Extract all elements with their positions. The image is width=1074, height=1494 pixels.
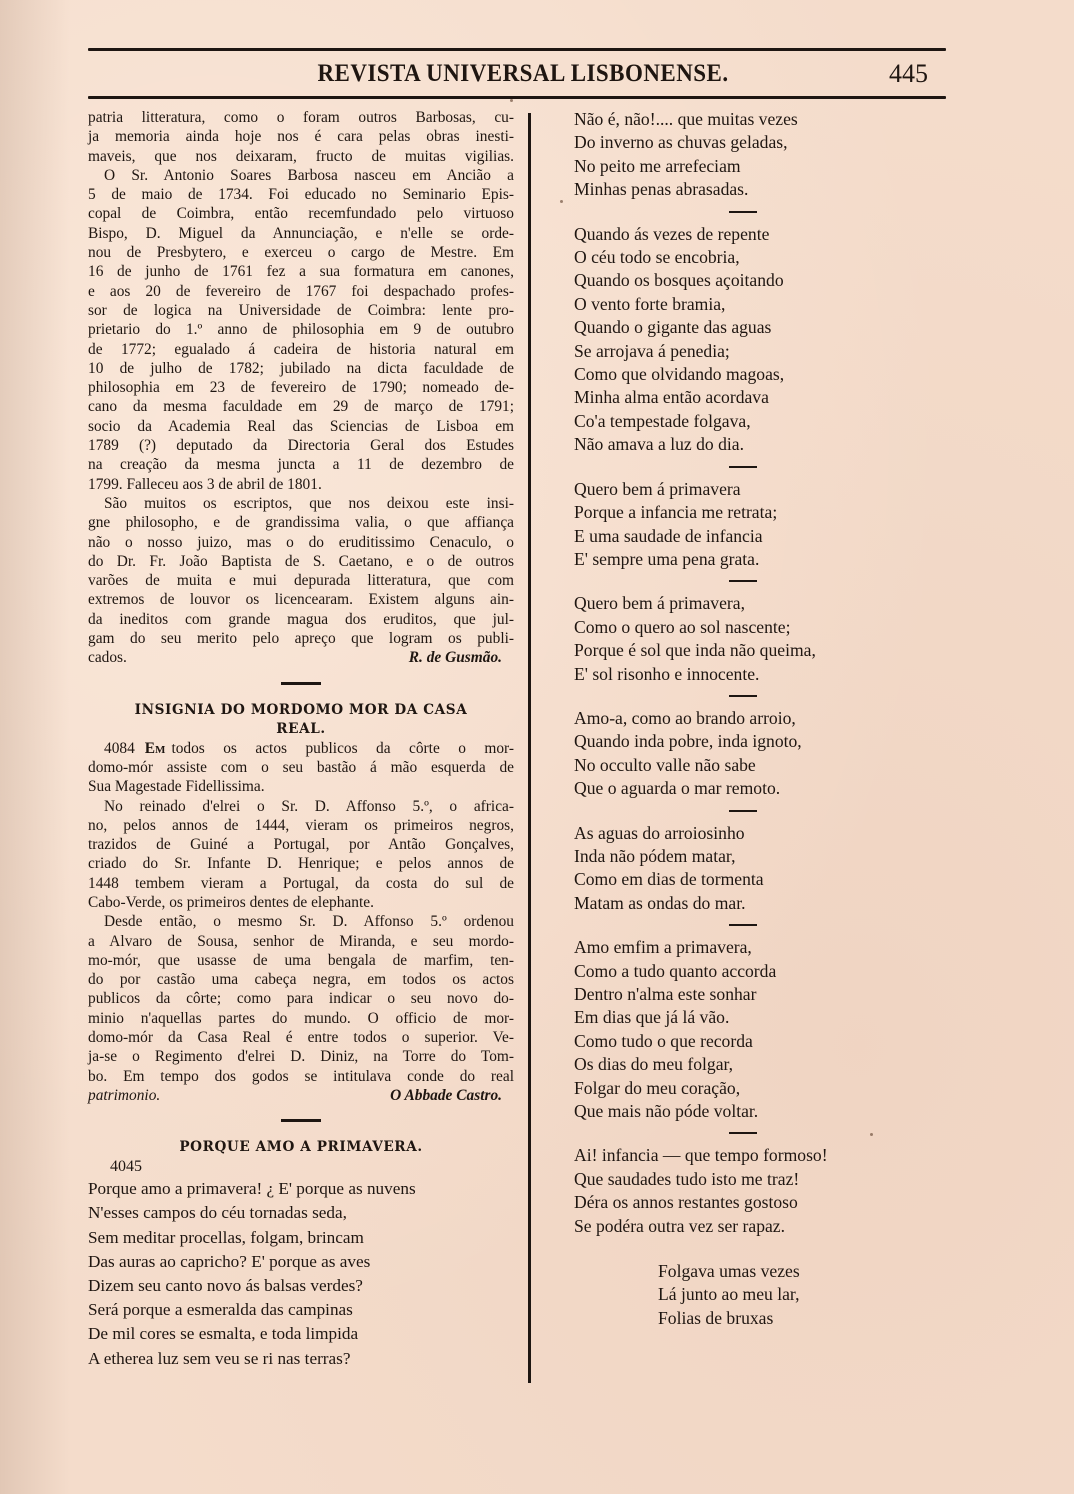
verse-line: Minha alma então acordava xyxy=(574,386,934,409)
verse-line: Ai! infancia — que tempo formoso! xyxy=(574,1144,934,1167)
article-paragraph: patria litteratura, como o foram outros … xyxy=(88,108,514,166)
text-line: prietario do 1.º anno de philosophia em … xyxy=(88,320,514,339)
verse-line: Lá junto ao meu lar, xyxy=(658,1283,934,1306)
verse-line: Se arrojava á penedia; xyxy=(574,340,934,363)
stanza: Quero bem á primavera,Como o quero ao so… xyxy=(574,592,934,686)
text-line: extremos de louvor os licencearam. Exist… xyxy=(88,590,514,609)
signature-row: cados. R. de Gusmão. xyxy=(88,648,514,667)
stanza-divider xyxy=(729,211,757,213)
stanza-divider xyxy=(729,924,757,926)
text-line: No reinado d'elrei o Sr. D. Affonso 5.º,… xyxy=(88,797,514,816)
text-line: 1799. Falleceu aos 3 de abril de 1801. xyxy=(88,475,514,494)
paper-speck xyxy=(510,99,513,102)
signature-row: patrimonio. O Abbade Castro. xyxy=(88,1086,514,1105)
verse-line: Não é, não!.... que muitas vezes xyxy=(574,108,934,131)
verse-line: No occulto valle não sabe xyxy=(574,754,934,777)
verse-line: Amo-a, como ao brando arroio, xyxy=(574,707,934,730)
article-paragraph: O Sr. Antonio Soares Barbosa nasceu em A… xyxy=(88,166,514,494)
article-title-line: INSIGNIA DO MORDOMO MOR DA CASA xyxy=(88,701,514,720)
verse-line: Quando ás vezes de repente xyxy=(574,223,934,246)
stanza-divider xyxy=(729,810,757,812)
verse-line: Sem meditar procellas, folgam, brincam xyxy=(88,1226,514,1250)
verse-line: Folgava umas vezes xyxy=(658,1260,934,1283)
text-line: ja-se o Regimento d'elrei D. Diniz, na T… xyxy=(88,1047,514,1066)
text-line: e aos 20 de fevereiro de 1767 foi despac… xyxy=(88,282,514,301)
page-number: 445 xyxy=(889,57,928,91)
text-line: patria litteratura, como o foram outros … xyxy=(88,108,514,127)
stanza: As aguas do arroiosinhoInda não pódem ma… xyxy=(574,822,934,916)
article-insignia: INSIGNIA DO MORDOMO MOR DA CASA REAL. 40… xyxy=(88,701,514,1106)
text-line: Sua Magestade Fidellissima. xyxy=(88,777,514,796)
verse-line: Que mais não póde voltar. xyxy=(574,1100,934,1123)
verse-line: E' sempre uma pena grata. xyxy=(574,548,934,571)
verse-line: Será porque a esmeralda das campinas xyxy=(88,1298,514,1322)
text-line: São muitos os escriptos, que nos deixou … xyxy=(88,494,514,513)
newspaper-page: REVISTA UNIVERSAL LISBONENSE. 445 patria… xyxy=(0,0,1074,1494)
text-line: domo-mór da Casa Real é entre todos o su… xyxy=(88,1028,514,1047)
verse-line: E uma saudade de infancia xyxy=(574,525,934,548)
stanza-divider xyxy=(729,580,757,582)
verse-line: Dentro n'alma este sonhar xyxy=(574,983,934,1006)
text-line: Bispo, D. Miguel da Annunciação, e n'ell… xyxy=(88,224,514,243)
text-line: 4084Emtodos os actos publicos da côrte o… xyxy=(88,739,514,758)
verse-line: Como tudo o que recorda xyxy=(574,1030,934,1053)
verse-line: O céu todo se encobria, xyxy=(574,246,934,269)
article-title-line: REAL. xyxy=(88,720,514,739)
verse-line: Quero bem á primavera, xyxy=(574,592,934,615)
text-line: Cabo-Verde, os primeiros dentes de eleph… xyxy=(88,893,514,912)
text-line: philosophia em 23 de fevereiro de 1790; … xyxy=(88,378,514,397)
verse-line: Inda não pódem matar, xyxy=(574,845,934,868)
verse-line: Das auras ao capricho? E' porque as aves xyxy=(88,1250,514,1274)
drop-word: Em xyxy=(145,740,166,757)
text-line: minio n'aquellas partes do mundo. O offi… xyxy=(88,1009,514,1028)
text-line: do por castão uma cabeça negra, em todos… xyxy=(88,970,514,989)
text-line: nou de Presbytero, e exerceu o cargo de … xyxy=(88,243,514,262)
verse-line: Como a tudo quanto accorda xyxy=(574,960,934,983)
verse-line: As aguas do arroiosinho xyxy=(574,822,934,845)
stanza-divider xyxy=(729,466,757,468)
right-column: Não é, não!.... que muitas vezesDo inver… xyxy=(574,108,934,1330)
verse-line: No peito me arrefeciam xyxy=(574,155,934,178)
article-paragraph: São muitos os escriptos, que nos deixou … xyxy=(88,494,514,648)
paper-speck xyxy=(870,1133,873,1136)
poem-continuation: Não é, não!.... que muitas vezesDo inver… xyxy=(574,108,934,1330)
poem-title: PORQUE AMO A PRIMAVERA. xyxy=(88,1138,514,1157)
text-line: 5 de maio de 1734. Foi educado no Semina… xyxy=(88,185,514,204)
verse-line: N'esses campos do céu tornadas seda, xyxy=(88,1201,514,1225)
verse-line: E' sol risonho e innocente. xyxy=(574,663,934,686)
verse-line: De mil cores se esmalta, e toda limpida xyxy=(88,1322,514,1346)
stanza-spacer xyxy=(574,1238,934,1260)
text-line: cano da mesma faculdade em 29 de março d… xyxy=(88,397,514,416)
text-line: O Sr. Antonio Soares Barbosa nasceu em A… xyxy=(88,166,514,185)
stanza: Quero bem á primaveraPorque a infancia m… xyxy=(574,478,934,572)
text-line: bo. Em tempo dos godos se intitulava con… xyxy=(88,1067,514,1086)
verse-line: Em dias que já lá vão. xyxy=(574,1006,934,1029)
left-column: patria litteratura, como o foram outros … xyxy=(88,108,514,1371)
text-line: domo-mór assiste com o seu bastão á mão … xyxy=(88,758,514,777)
verse-line: Minhas penas abrasadas. xyxy=(574,178,934,201)
closing-word: patrimonio. xyxy=(88,1086,160,1105)
verse-line: Os dias do meu folgar, xyxy=(574,1053,934,1076)
verse-line: O vento forte bramia, xyxy=(574,293,934,316)
text-line: mo-mór, que usasse de uma bengala de mar… xyxy=(88,951,514,970)
text-line: trazidos de Guiné a Portugal, por Antão … xyxy=(88,835,514,854)
entry-number: 4045 xyxy=(110,1157,514,1177)
text-line: varões de muita e mui depurada litteratu… xyxy=(88,571,514,590)
verse-line: Quando o gigante das aguas xyxy=(574,316,934,339)
verse-line: Déra os annos restantes gostoso xyxy=(574,1191,934,1214)
text-line: a Alvaro de Sousa, senhor de Miranda, e … xyxy=(88,932,514,951)
author-signature: R. de Gusmão. xyxy=(409,648,514,667)
poem-verses: Porque amo a primavera! ¿ E' porque as n… xyxy=(88,1177,514,1371)
column-divider xyxy=(528,113,531,1383)
verse-line: Como que olvidando magoas, xyxy=(574,363,934,386)
verse-line: Não amava a luz do dia. xyxy=(574,433,934,456)
text-line: Desde então, o mesmo Sr. D. Affonso 5.º … xyxy=(88,912,514,931)
closing-word: cados. xyxy=(88,648,127,667)
article-barbosa: patria litteratura, como o foram outros … xyxy=(88,108,514,668)
verse-line: Que o aguarda o mar remoto. xyxy=(574,777,934,800)
verse-line: Dizem seu canto novo ás balsas verdes? xyxy=(88,1274,514,1298)
stanza-divider xyxy=(729,695,757,697)
verse-line: Folias de bruxas xyxy=(658,1307,934,1330)
section-divider xyxy=(281,1119,321,1122)
running-head: REVISTA UNIVERSAL LISBONENSE. 445 xyxy=(88,57,946,93)
poem-primavera: PORQUE AMO A PRIMAVERA. 4045 Porque amo … xyxy=(88,1138,514,1371)
header-top-rule xyxy=(88,48,946,51)
page-gutter-shadow xyxy=(0,0,70,1494)
verse-line: Matam as ondas do mar. xyxy=(574,892,934,915)
stanza: Amo-a, como ao brando arroio,Quando inda… xyxy=(574,707,934,801)
stanza: Folgava umas vezesLá junto ao meu lar,Fo… xyxy=(658,1260,934,1330)
stanza: Não é, não!.... que muitas vezesDo inver… xyxy=(574,108,934,202)
text-line: na creação da mesma juncta a 11 de dezem… xyxy=(88,455,514,474)
section-divider xyxy=(281,682,321,685)
verse-line: Do inverno as chuvas geladas, xyxy=(574,131,934,154)
journal-title: REVISTA UNIVERSAL LISBONENSE. xyxy=(279,57,767,91)
verse-line: Como o quero ao sol nascente; xyxy=(574,616,934,639)
stanza-divider xyxy=(729,1132,757,1134)
verse-line: Quando os bosques açoitando xyxy=(574,269,934,292)
stanza: Quando ás vezes de repenteO céu todo se … xyxy=(574,223,934,457)
stanza: Ai! infancia — que tempo formoso!Que sau… xyxy=(574,1144,934,1238)
header-bottom-rule xyxy=(88,96,946,99)
author-signature: O Abbade Castro. xyxy=(390,1086,514,1105)
text-line: copal de Coimbra, então recemfundado pel… xyxy=(88,204,514,223)
article-paragraph: No reinado d'elrei o Sr. D. Affonso 5.º,… xyxy=(88,797,514,913)
text-line: sor de logica na Universidade de Coimbra… xyxy=(88,301,514,320)
text-line: não o nosso juizo, mas o do eruditissimo… xyxy=(88,533,514,552)
stanza: Amo emfim a primavera,Como a tudo quanto… xyxy=(574,936,934,1123)
text-line: no, pelos annos de 1444, vieram os prime… xyxy=(88,816,514,835)
text-line: 16 de junho de 1761 fez a sua formatura … xyxy=(88,262,514,281)
text-line: maveis, que nos deixaram, fructo de muit… xyxy=(88,147,514,166)
entry-number: 4084 xyxy=(104,740,135,757)
verse-line: Folgar do meu coração, xyxy=(574,1077,934,1100)
verse-line: Quero bem á primavera xyxy=(574,478,934,501)
verse-line: Como em dias de tormenta xyxy=(574,868,934,891)
text-line: ja memoria ainda hoje nos é cara pelas o… xyxy=(88,127,514,146)
verse-line: Porque amo a primavera! ¿ E' porque as n… xyxy=(88,1177,514,1201)
text-line: 10 de julho de 1782; jubilado na dicta f… xyxy=(88,359,514,378)
article-paragraph: 4084Emtodos os actos publicos da côrte o… xyxy=(88,739,514,797)
text-line: criado do Sr. Infante D. Henrique; e pel… xyxy=(88,854,514,873)
verse-line: Porque a infancia me retrata; xyxy=(574,501,934,524)
text-line: do Dr. Fr. João Baptista de S. Caetano, … xyxy=(88,552,514,571)
text-line: da ineditos com grande magua dos erudito… xyxy=(88,610,514,629)
verse-line: Que saudades tudo isto me traz! xyxy=(574,1168,934,1191)
text-line: socio da Academia Real das Sciencias de … xyxy=(88,417,514,436)
verse-line: Porque é sol que inda não queima, xyxy=(574,639,934,662)
verse-line: Co'a tempestade folgava, xyxy=(574,410,934,433)
text-line: gne philosopho, e de grandissima valia, … xyxy=(88,513,514,532)
text-line: 1448 tembem vieram a Portugal, da costa … xyxy=(88,874,514,893)
text-line: gam do seu merito pelo apreço que logram… xyxy=(88,629,514,648)
verse-line: Amo emfim a primavera, xyxy=(574,936,934,959)
text-line: de 1772; egualado á cadeira de historia … xyxy=(88,340,514,359)
verse-line: A etherea luz sem veu se ri nas terras? xyxy=(88,1347,514,1371)
paper-speck xyxy=(560,200,563,203)
article-paragraph: Desde então, o mesmo Sr. D. Affonso 5.º … xyxy=(88,912,514,1086)
verse-line: Se podéra outra vez ser rapaz. xyxy=(574,1215,934,1238)
text-line: 1789 (?) deputado da Directoria Geral do… xyxy=(88,436,514,455)
text-line: publicos da côrte; como para indicar o s… xyxy=(88,989,514,1008)
article-title: INSIGNIA DO MORDOMO MOR DA CASA REAL. xyxy=(88,701,514,739)
verse-line: Quando inda pobre, inda ignoto, xyxy=(574,730,934,753)
